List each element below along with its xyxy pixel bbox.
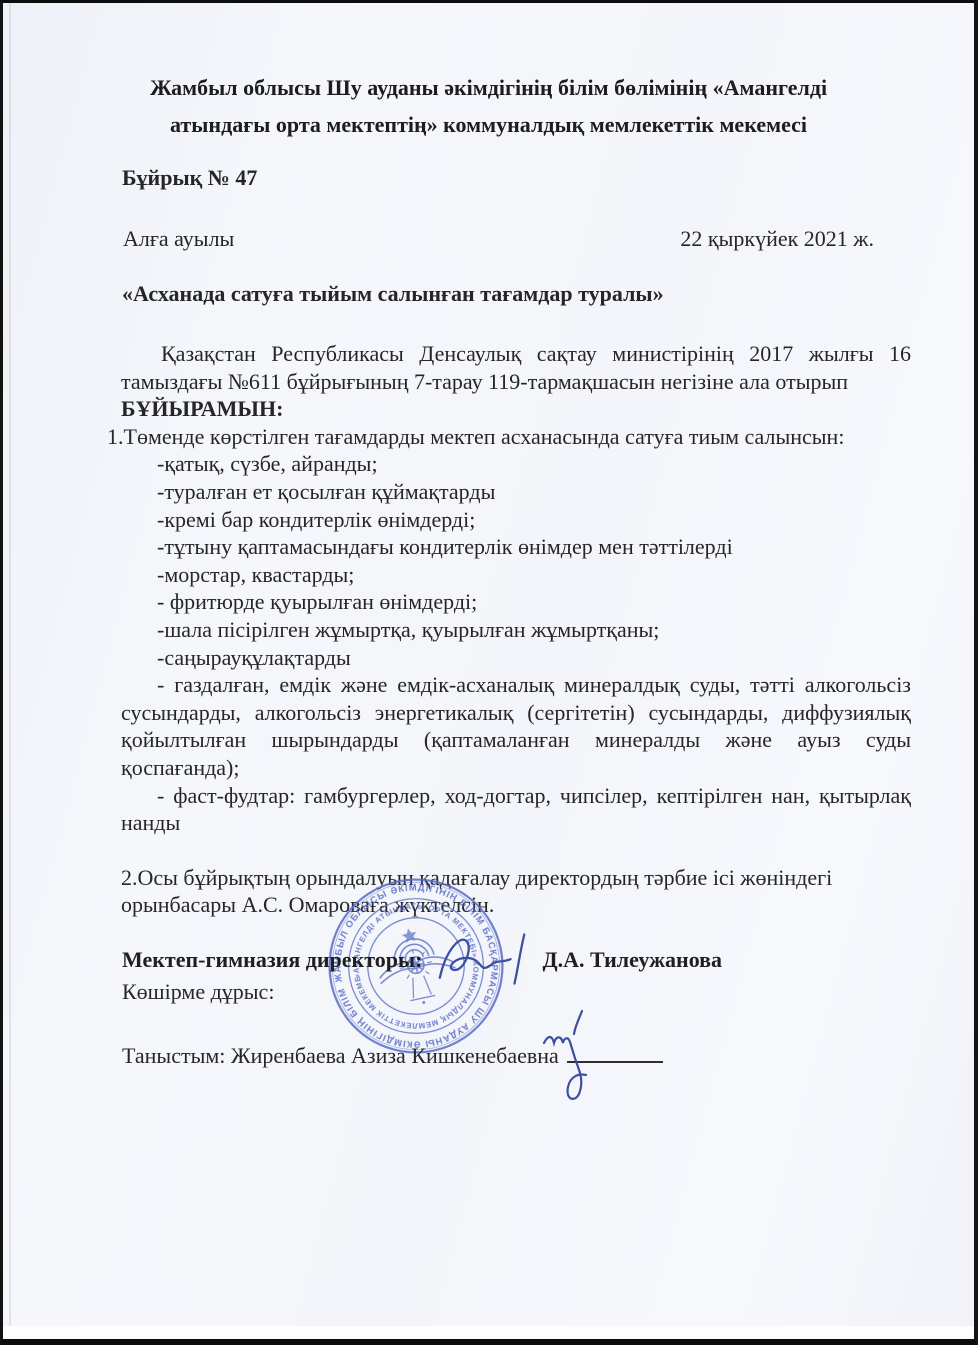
banned-item: -тұтыну қаптамасындағы кондитерлік өнімд…: [121, 533, 911, 561]
order-point-1: 1.Төменде көрстілген тағамдарды мектеп а…: [107, 423, 911, 451]
copy-correct-label: Көшірме дұрыс:: [122, 979, 274, 1005]
order-point-2: 2.Осы бұйрықтың орындалуын қадағалау дир…: [121, 864, 911, 919]
acknowledgement-signature: [536, 1007, 608, 1111]
banned-item: -шала пісірілген жұмыртқа, қуырылған жұм…: [121, 616, 911, 644]
director-signature-row: Мектеп-гимназия директоры: Д.А. Тилеужан…: [122, 947, 722, 973]
acknowledgement-label: Таныстым: Жиренбаева Азиза Кишкенебаевна: [122, 1043, 559, 1068]
banned-item-long: - газдалған, емдік және емдік-асханалық …: [121, 671, 911, 781]
director-signature: [432, 926, 540, 1000]
banned-item-long: - фаст-фудтар: гамбургерлер, ход-догтар,…: [121, 782, 911, 837]
banned-item: -кремі бар кондитерлік өнімдерді;: [121, 506, 911, 534]
banned-item: -морстар, квастарды;: [121, 561, 911, 589]
legal-basis-paragraph: Қазақстан Республикасы Денсаулық сақтау …: [121, 340, 911, 395]
paper-crease: [9, 3, 11, 1339]
banned-item: -саңырауқұлақтарды: [121, 644, 911, 672]
order-number: Бұйрық № 47: [122, 165, 257, 191]
banned-item: -қатық, сүзбе, айранды;: [121, 450, 911, 478]
organization-title-line1: Жамбыл облысы Шу ауданы әкімдігінің білі…: [150, 75, 827, 100]
scanned-order-document: Жамбыл облысы Шу ауданы әкімдігінің білі…: [0, 0, 978, 1345]
director-label: Мектеп-гимназия директоры:: [122, 947, 422, 972]
place-date-row: Алға ауылы 22 қыркүйек 2021 ж.: [123, 226, 874, 252]
banned-item: - фритюрде қуырылған өнімдерді;: [121, 588, 911, 616]
scan-edge-strip: [3, 1326, 974, 1339]
order-body: Қазақстан Республикасы Денсаулық сақтау …: [121, 340, 911, 919]
order-subject: «Асханада сатуға тыйым салынған тағамдар…: [122, 281, 664, 307]
director-name: Д.А. Тилеужанова: [542, 947, 722, 972]
banned-item: -туралған ет қосылған құймақтарды: [121, 478, 911, 506]
resolve-word: БҰЙЫРАМЫН:: [121, 395, 911, 423]
place-name: Алға ауылы: [123, 226, 234, 252]
organization-title: Жамбыл облысы Шу ауданы әкімдігінің білі…: [91, 69, 886, 143]
acknowledgement-row: Таныстым: Жиренбаева Азиза Кишкенебаевна: [122, 1041, 663, 1069]
organization-title-line2: атындағы орта мектептің» коммуналдық мем…: [170, 112, 807, 137]
order-date: 22 қыркүйек 2021 ж.: [680, 226, 874, 252]
